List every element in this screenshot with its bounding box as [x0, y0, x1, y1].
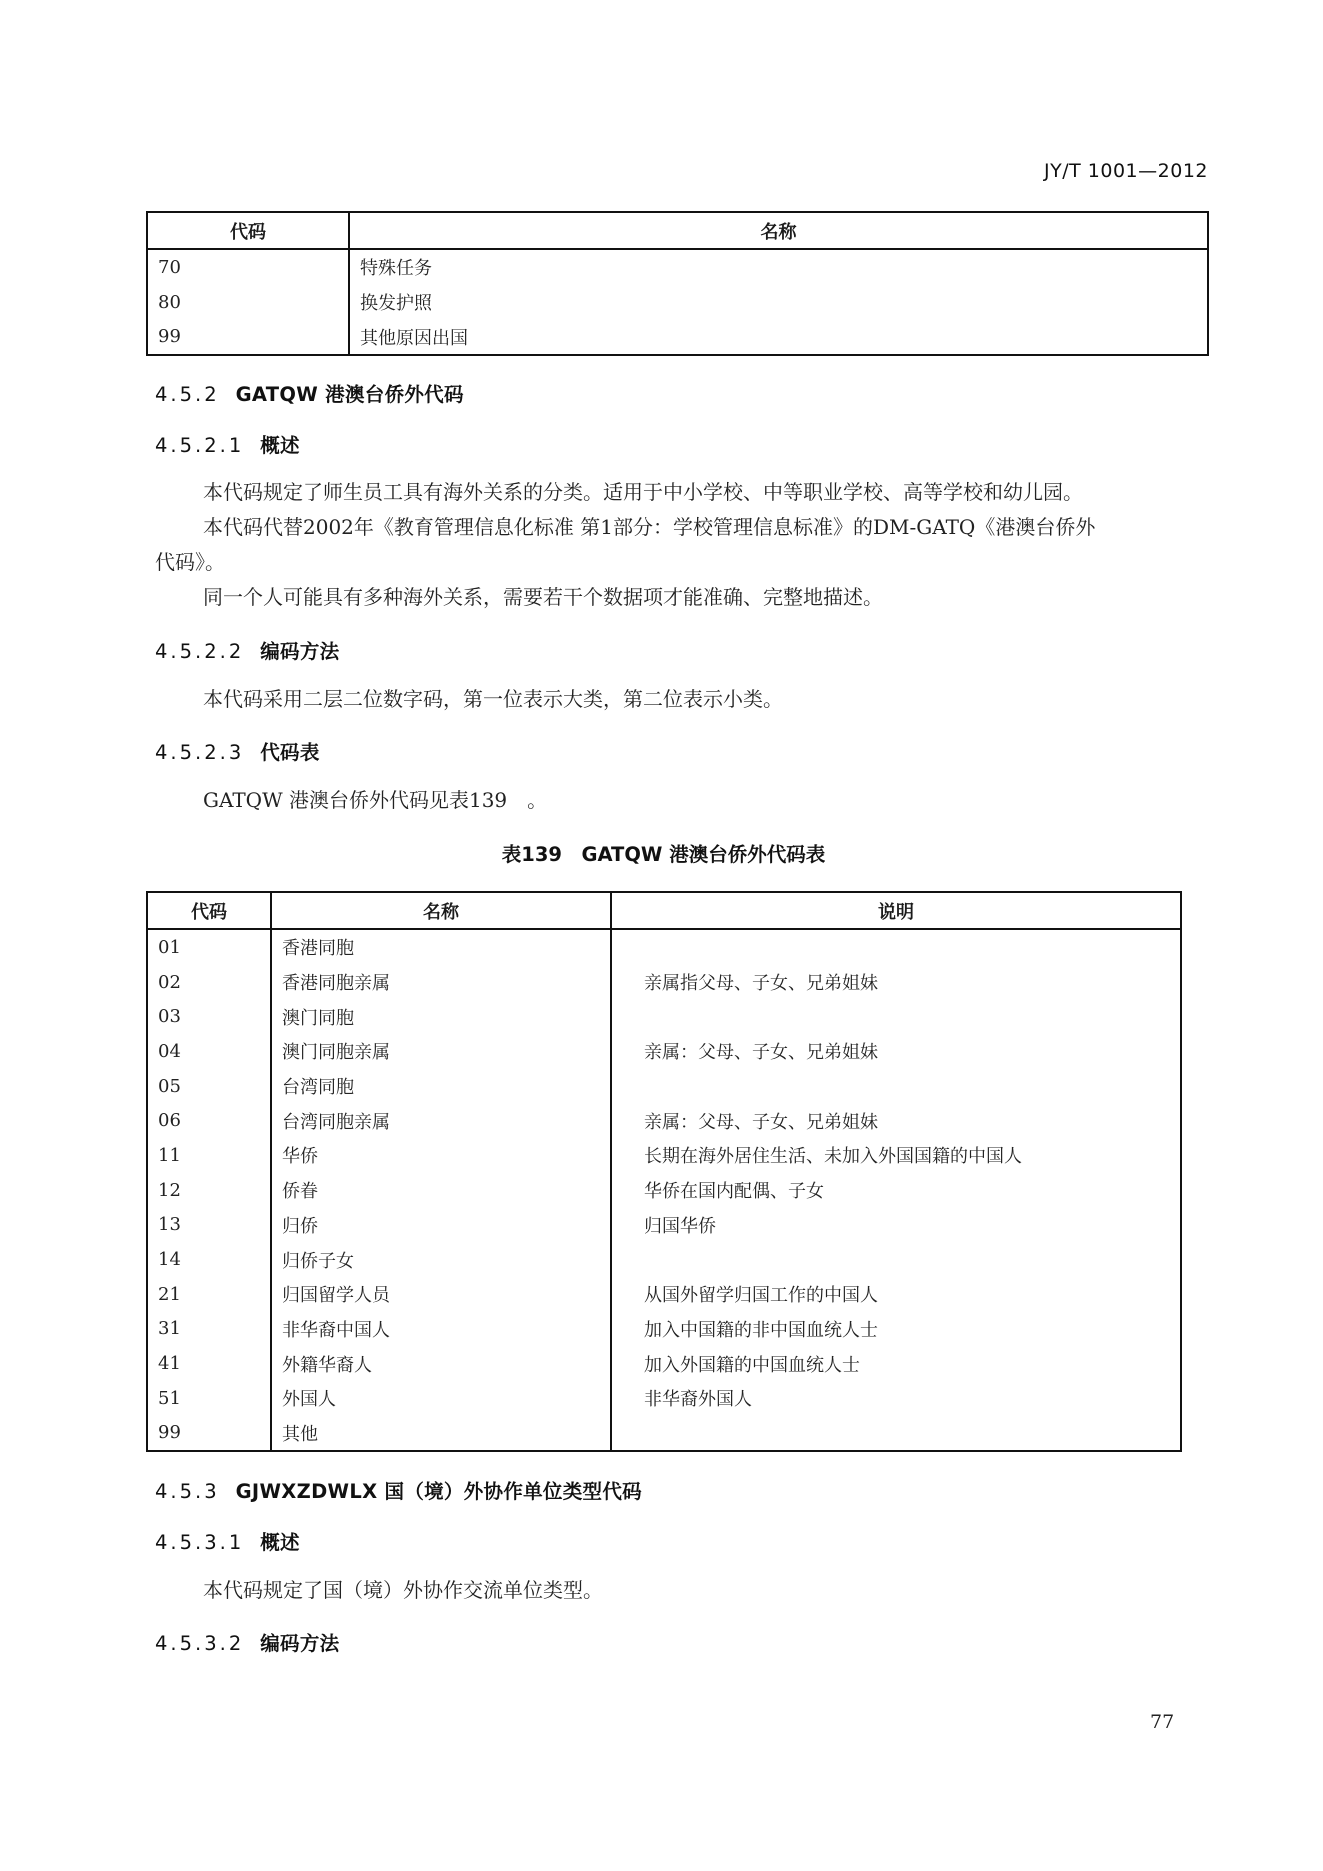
- table-row: 70 特殊任务: [147, 249, 1208, 285]
- table-row: 04澳门同胞亲属亲属：父母、子女、兄弟姐妹: [147, 1034, 1181, 1069]
- column-header-code: 代码: [147, 892, 271, 929]
- cell-code: 12: [147, 1173, 271, 1208]
- section-heading-4-5-2-3: 4.5.2.3代码表: [155, 737, 320, 765]
- section-heading-4-5-3-1: 4.5.3.1概述: [155, 1527, 300, 1555]
- cell-code: 99: [147, 319, 349, 355]
- column-header-note: 说明: [611, 892, 1181, 929]
- cell-name: 澳门同胞亲属: [271, 1034, 611, 1069]
- column-header-name: 名称: [349, 212, 1208, 249]
- table-row: 21归国留学人员从国外留学归国工作的中国人: [147, 1277, 1181, 1312]
- cell-code: 70: [147, 249, 349, 285]
- cell-name: 香港同胞亲属: [271, 965, 611, 1000]
- cell-note: [611, 999, 1181, 1034]
- cell-name: 其他原因出国: [349, 319, 1208, 355]
- cell-note: [611, 1242, 1181, 1277]
- cell-name: 澳门同胞: [271, 999, 611, 1034]
- cell-note: 非华裔外国人: [611, 1381, 1181, 1416]
- cell-name: 归国留学人员: [271, 1277, 611, 1312]
- cell-name: 台湾同胞亲属: [271, 1103, 611, 1138]
- paragraph: 本代码代替2002年《教育管理信息化标准 第1部分：学校管理信息标准》的DM-G…: [203, 510, 1095, 544]
- section-title: 概述: [260, 1531, 300, 1554]
- table-caption: 表139 GATQW 港澳台侨外代码表: [146, 839, 1181, 867]
- cell-note: 华侨在国内配偶、子女: [611, 1173, 1181, 1208]
- cell-name: 台湾同胞: [271, 1069, 611, 1104]
- cell-code: 03: [147, 999, 271, 1034]
- section-title: 概述: [260, 434, 300, 457]
- cell-note: [611, 929, 1181, 965]
- paragraph-continuation: 代码》。: [155, 545, 225, 579]
- cell-code: 05: [147, 1069, 271, 1104]
- cell-name: 香港同胞: [271, 929, 611, 965]
- cell-name: 侨眷: [271, 1173, 611, 1208]
- table-row: 13归侨归国华侨: [147, 1208, 1181, 1243]
- section-title: GJWXZDWLX 国（境）外协作单位类型代码: [236, 1480, 642, 1503]
- cell-name: 其他: [271, 1416, 611, 1452]
- cell-code: 14: [147, 1242, 271, 1277]
- table-header-row: 代码 名称: [147, 212, 1208, 249]
- section-title: GATQW 港澳台侨外代码: [236, 383, 464, 406]
- cell-name: 非华裔中国人: [271, 1312, 611, 1347]
- table-row: 14归侨子女: [147, 1242, 1181, 1277]
- paragraph: 本代码采用二层二位数字码，第一位表示大类，第二位表示小类。: [203, 682, 783, 716]
- cell-name: 归侨子女: [271, 1242, 611, 1277]
- paragraph: 本代码规定了国（境）外协作交流单位类型。: [203, 1573, 603, 1607]
- standard-number: JY/T 1001—2012: [1020, 160, 1208, 182]
- column-header-name: 名称: [271, 892, 611, 929]
- cell-note: 亲属指父母、子女、兄弟姐妹: [611, 965, 1181, 1000]
- cell-note: 亲属：父母、子女、兄弟姐妹: [611, 1103, 1181, 1138]
- section-number: 4.5.2.2: [155, 640, 244, 663]
- table-row: 99其他: [147, 1416, 1181, 1452]
- cell-code: 31: [147, 1312, 271, 1347]
- section-title: 编码方法: [260, 640, 339, 663]
- table-row: 80 换发护照: [147, 285, 1208, 320]
- table-row: 99 其他原因出国: [147, 319, 1208, 355]
- cell-code: 01: [147, 929, 271, 965]
- section-number: 4.5.2.3: [155, 741, 244, 764]
- paragraph: 本代码规定了师生员工具有海外关系的分类。适用于中小学校、中等职业学校、高等学校和…: [203, 475, 1083, 509]
- table-row: 03澳门同胞: [147, 999, 1181, 1034]
- cell-note: 亲属：父母、子女、兄弟姐妹: [611, 1034, 1181, 1069]
- section-number: 4.5.2: [155, 383, 220, 406]
- cell-note: 从国外留学归国工作的中国人: [611, 1277, 1181, 1312]
- cell-note: [611, 1069, 1181, 1104]
- cell-code: 02: [147, 965, 271, 1000]
- column-header-code: 代码: [147, 212, 349, 249]
- section-heading-4-5-2-1: 4.5.2.1概述: [155, 430, 300, 458]
- cell-name: 归侨: [271, 1208, 611, 1243]
- table-row: 31非华裔中国人加入中国籍的非中国血统人士: [147, 1312, 1181, 1347]
- section-heading-4-5-2-2: 4.5.2.2编码方法: [155, 636, 339, 664]
- continued-code-table: 代码 名称 70 特殊任务 80 换发护照 99 其他原因出国: [146, 211, 1209, 356]
- page-number: 77: [1150, 1711, 1174, 1733]
- section-number: 4.5.3: [155, 1480, 220, 1503]
- table-row: 11华侨长期在海外居住生活、未加入外国国籍的中国人: [147, 1138, 1181, 1173]
- cell-code: 11: [147, 1138, 271, 1173]
- cell-code: 80: [147, 285, 349, 320]
- section-title: 编码方法: [260, 1632, 339, 1655]
- cell-note: 加入中国籍的非中国血统人士: [611, 1312, 1181, 1347]
- cell-code: 04: [147, 1034, 271, 1069]
- section-title: 代码表: [260, 741, 319, 764]
- table-row: 05台湾同胞: [147, 1069, 1181, 1104]
- table-row: 06台湾同胞亲属亲属：父母、子女、兄弟姐妹: [147, 1103, 1181, 1138]
- section-heading-4-5-3: 4.5.3GJWXZDWLX 国（境）外协作单位类型代码: [155, 1476, 642, 1504]
- cell-code: 06: [147, 1103, 271, 1138]
- cell-name: 华侨: [271, 1138, 611, 1173]
- cell-code: 41: [147, 1346, 271, 1381]
- paragraph: 同一个人可能具有多种海外关系，需要若干个数据项才能准确、完整地描述。: [203, 580, 883, 614]
- section-heading-4-5-2: 4.5.2GATQW 港澳台侨外代码: [155, 379, 464, 407]
- cell-code: 21: [147, 1277, 271, 1312]
- cell-note: 加入外国籍的中国血统人士: [611, 1346, 1181, 1381]
- section-number: 4.5.3.2: [155, 1632, 244, 1655]
- table-row: 12侨眷华侨在国内配偶、子女: [147, 1173, 1181, 1208]
- table-row: 01香港同胞: [147, 929, 1181, 965]
- cell-code: 51: [147, 1381, 271, 1416]
- cell-name: 外籍华裔人: [271, 1346, 611, 1381]
- section-heading-4-5-3-2: 4.5.3.2编码方法: [155, 1628, 339, 1656]
- section-number: 4.5.2.1: [155, 434, 244, 457]
- table-row: 51外国人非华裔外国人: [147, 1381, 1181, 1416]
- table-row: 02香港同胞亲属亲属指父母、子女、兄弟姐妹: [147, 965, 1181, 1000]
- cell-note: 长期在海外居住生活、未加入外国国籍的中国人: [611, 1138, 1181, 1173]
- cell-name: 换发护照: [349, 285, 1208, 320]
- table-header-row: 代码 名称 说明: [147, 892, 1181, 929]
- section-number: 4.5.3.1: [155, 1531, 244, 1554]
- cell-code: 13: [147, 1208, 271, 1243]
- paragraph: GATQW 港澳台侨外代码见表139 。: [203, 783, 547, 817]
- table-row: 41外籍华裔人加入外国籍的中国血统人士: [147, 1346, 1181, 1381]
- cell-name: 特殊任务: [349, 249, 1208, 285]
- cell-code: 99: [147, 1416, 271, 1452]
- cell-note: 归国华侨: [611, 1208, 1181, 1243]
- cell-note: [611, 1416, 1181, 1452]
- cell-name: 外国人: [271, 1381, 611, 1416]
- gatqw-code-table: 代码 名称 说明 01香港同胞02香港同胞亲属亲属指父母、子女、兄弟姐妹03澳门…: [146, 891, 1182, 1452]
